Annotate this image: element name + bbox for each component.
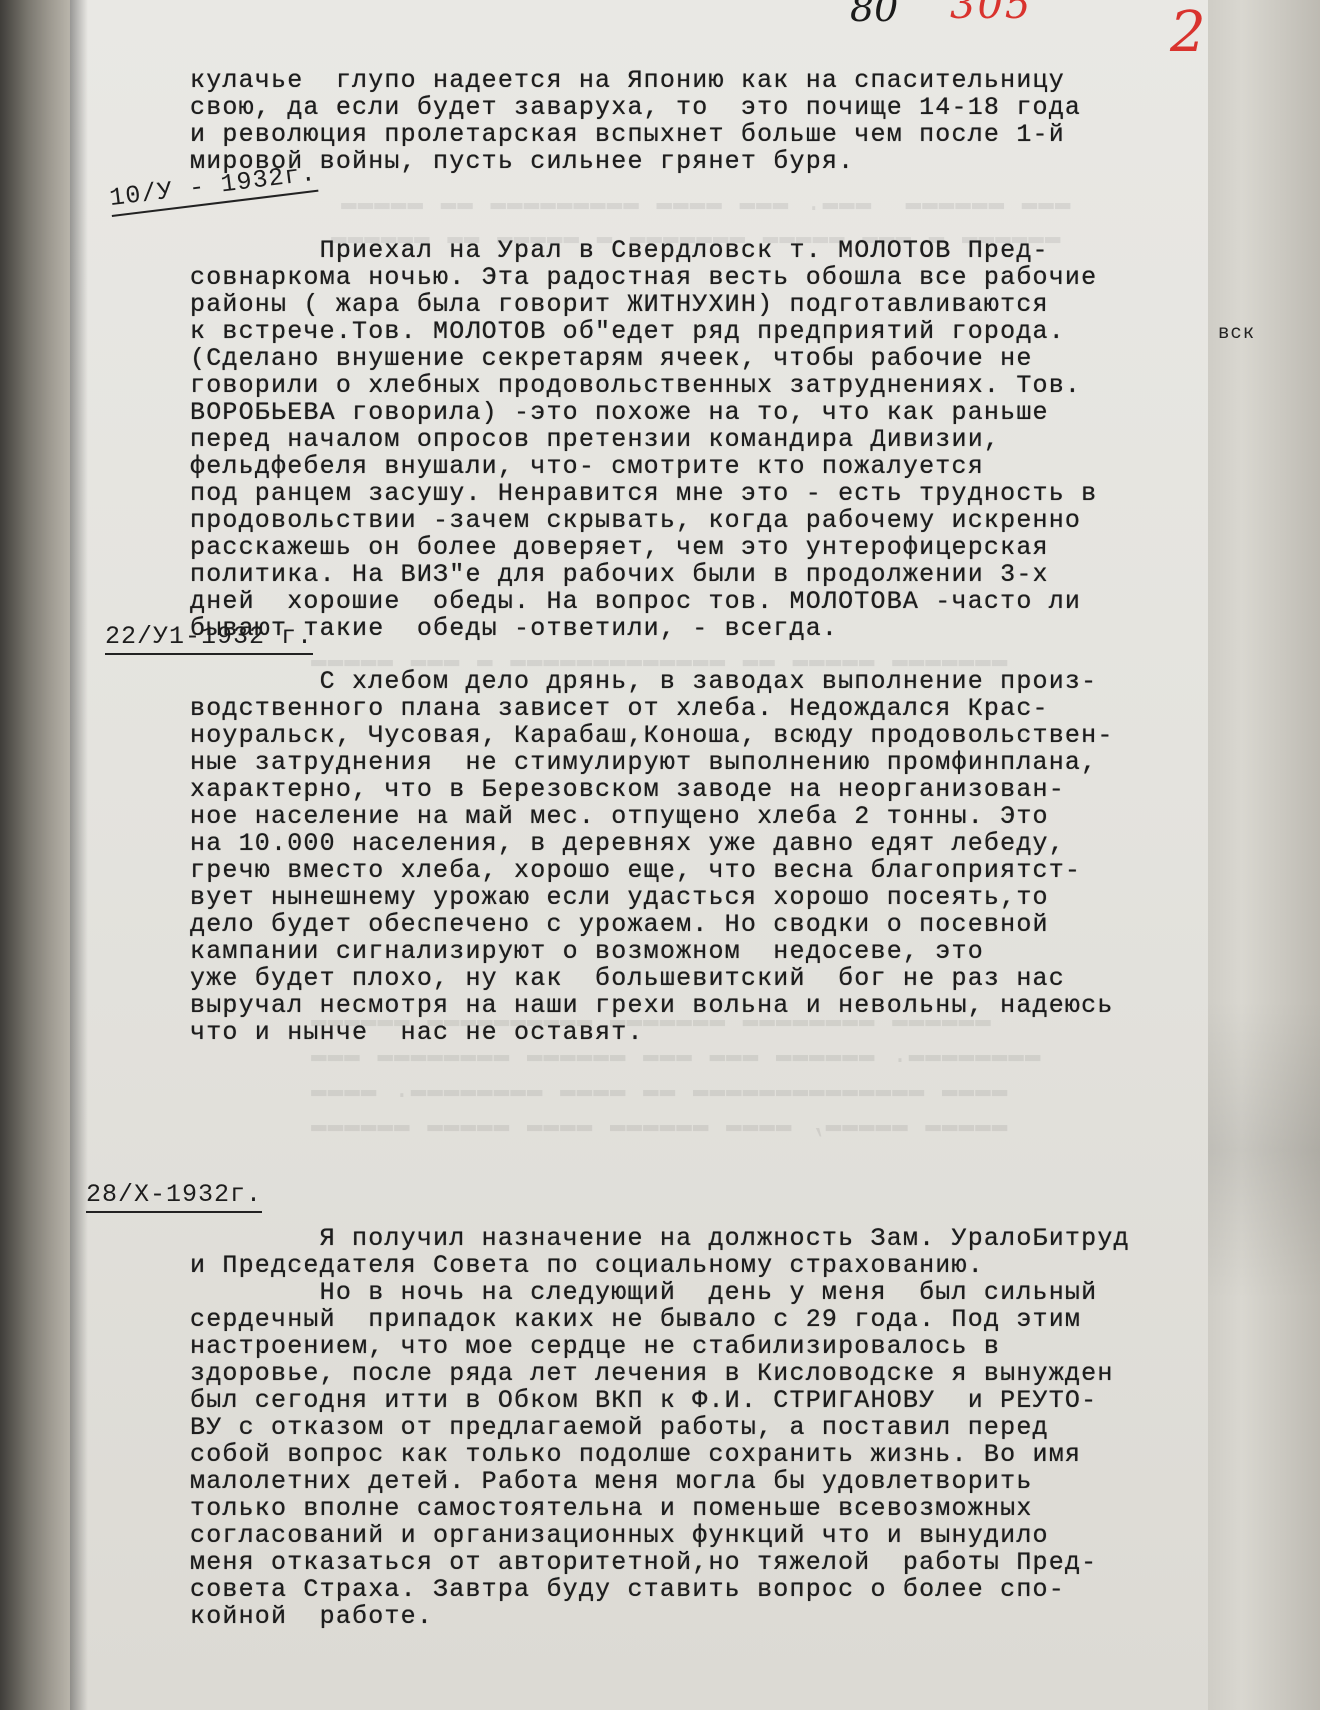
typewritten-page: ▬▬▬ ▬▬▬▬▬▬ ▬▬▬. ▬▬▬ ▬▬▬▬ ▬▬▬▬▬▬▬▬▬ ▬▬ ▬▬…: [70, 0, 1208, 1710]
text-line: характерно, что в Березовском заводе на …: [190, 776, 1114, 803]
entry-date: 22/У1-1932 г.: [105, 622, 313, 655]
text-line: ные затруднения не стимулируют выполнени…: [190, 749, 1114, 776]
text-line: говорили о хлебных продовольственных зат…: [190, 372, 1097, 399]
text-line: кампании сигнализируют о возможном недос…: [190, 938, 1114, 965]
text-line: здоровье, после ряда лет лечения в Кисло…: [190, 1360, 1130, 1387]
underlying-page-fold: [1208, 1000, 1320, 1300]
archive-number-handwritten: 80: [850, 0, 898, 30]
entry-continuation: кулачье глупо надеется на Японию как на …: [190, 67, 1081, 175]
text-line: политика. На ВИЗ"е для рабочих были в пр…: [190, 561, 1097, 588]
text-line: продовольствии -зачем скрывать, когда ра…: [190, 507, 1097, 534]
entry-date: 28/Х-1932г.: [86, 1180, 262, 1213]
text-line: выручал несмотря на наши грехи вольна и …: [190, 992, 1114, 1019]
text-line: собой вопрос как только подолше сохранит…: [190, 1441, 1130, 1468]
text-line: ное население на май мес. отпущено хлеба…: [190, 803, 1114, 830]
text-line: расскажешь он более доверяет, чем это ун…: [190, 534, 1097, 561]
text-line: только вполне самостоятельна и поменьше …: [190, 1495, 1130, 1522]
book-binding: [0, 0, 70, 1710]
text-line: к встрече.Тов. МОЛОТОВ об"едет ряд предп…: [190, 318, 1097, 345]
text-line: ВОРОБЬЕВА говорила) -это похоже на то, ч…: [190, 399, 1097, 426]
text-line: бывают такие обеды -ответили, - всегда.: [190, 615, 1097, 642]
text-line: был сегодня итти в Обком ВКП к Ф.И. СТРИ…: [190, 1387, 1130, 1414]
text-line: Приехал на Урал в Свердловск т. МОЛОТОВ …: [190, 237, 1097, 264]
text-line: фельдфебеля внушали, что- смотрите кто п…: [190, 453, 1097, 480]
diary-entry: С хлебом дело дрянь, в заводах выполнени…: [190, 668, 1114, 1046]
text-line: под ранцем засушу. Ненравится мне это - …: [190, 480, 1097, 507]
text-line: дело будет обеспечено с урожаем. Но свод…: [190, 911, 1114, 938]
text-line: меня отказаться от авторитетной,но тяжел…: [190, 1549, 1130, 1576]
text-line: совета Страха. Завтра буду ставить вопро…: [190, 1576, 1130, 1603]
text-line: ВУ с отказом от предлагаемой работы, а п…: [190, 1414, 1130, 1441]
text-line: сердечный припадок каких не бывало с 29 …: [190, 1306, 1130, 1333]
text-line: вует нынешнему урожаю если удасться хоро…: [190, 884, 1114, 911]
diary-entry: Я получил назначение на должность Зам. У…: [190, 1225, 1130, 1630]
archive-number-red: 305: [950, 0, 1032, 28]
margin-fragment: вск: [1218, 322, 1255, 344]
red-page-mark: 2: [1170, 0, 1206, 65]
text-line: койной работе.: [190, 1603, 1130, 1630]
text-line: уже будет плохо, ну как большевитский бо…: [190, 965, 1114, 992]
text-line: Но в ночь на следующий день у меня был с…: [190, 1279, 1130, 1306]
text-line: малолетних детей. Работа меня могла бы у…: [190, 1468, 1130, 1495]
underlying-page-edge: [1208, 0, 1320, 1710]
text-line: районы ( жара была говорит ЖИТНУХИН) под…: [190, 291, 1097, 318]
text-line: ноуральск, Чусовая, Карабаш,Коноша, всюд…: [190, 722, 1114, 749]
text-line: что и нынче нас не оставят.: [190, 1019, 1114, 1046]
binding-shadow: [70, 0, 88, 1710]
bleed-through-text: ▬▬▬▬ ▬▬▬▬▬▬▬▬▬▬▬▬▬▬ ▬▬ ▬▬▬▬ ▬▬▬▬▬▬▬▬. ▬▬…: [310, 1075, 1007, 1105]
text-line: согласований и организационных функций ч…: [190, 1522, 1130, 1549]
text-line: и Председателя Совета по социальному стр…: [190, 1252, 1130, 1279]
text-line: С хлебом дело дрянь, в заводах выполнени…: [190, 668, 1114, 695]
text-line: совнаркома ночью. Эта радостная весть об…: [190, 264, 1097, 291]
text-line: водственного плана зависет от хлеба. Нед…: [190, 695, 1114, 722]
text-line: Я получил назначение на должность Зам. У…: [190, 1225, 1130, 1252]
text-line: настроением, что мое сердце не стабилизи…: [190, 1333, 1130, 1360]
text-line: на 10.000 населения, в деревнях уже давн…: [190, 830, 1114, 857]
bleed-through-text: ▬▬▬▬▬ ▬▬▬▬▬, ▬▬▬▬ ▬▬▬▬▬▬ ▬▬▬▬ ▬▬▬▬▬ ▬▬▬▬…: [310, 1110, 1007, 1140]
text-line: дней хорошие обеды. На вопрос тов. МОЛОТ…: [190, 588, 1097, 615]
text-line: мировой войны, пусть сильнее грянет буря…: [190, 148, 1081, 175]
text-line: гречю вместо хлеба, хорошо еще, что весн…: [190, 857, 1114, 884]
bleed-through-text: ▬▬▬ ▬▬▬▬▬▬ ▬▬▬. ▬▬▬ ▬▬▬▬ ▬▬▬▬▬▬▬▬▬ ▬▬ ▬▬…: [340, 188, 1071, 218]
text-line: перед началом опросов претензии командир…: [190, 426, 1097, 453]
text-line: свою, да если будет заваруха, то это поч…: [190, 94, 1081, 121]
text-line: и революция пролетарская вспыхнет больше…: [190, 121, 1081, 148]
diary-entry: Приехал на Урал в Свердловск т. МОЛОТОВ …: [190, 237, 1097, 642]
text-line: (Сделано внушение секретарям ячеек, чтоб…: [190, 345, 1097, 372]
text-line: кулачье глупо надеется на Японию как на …: [190, 67, 1081, 94]
